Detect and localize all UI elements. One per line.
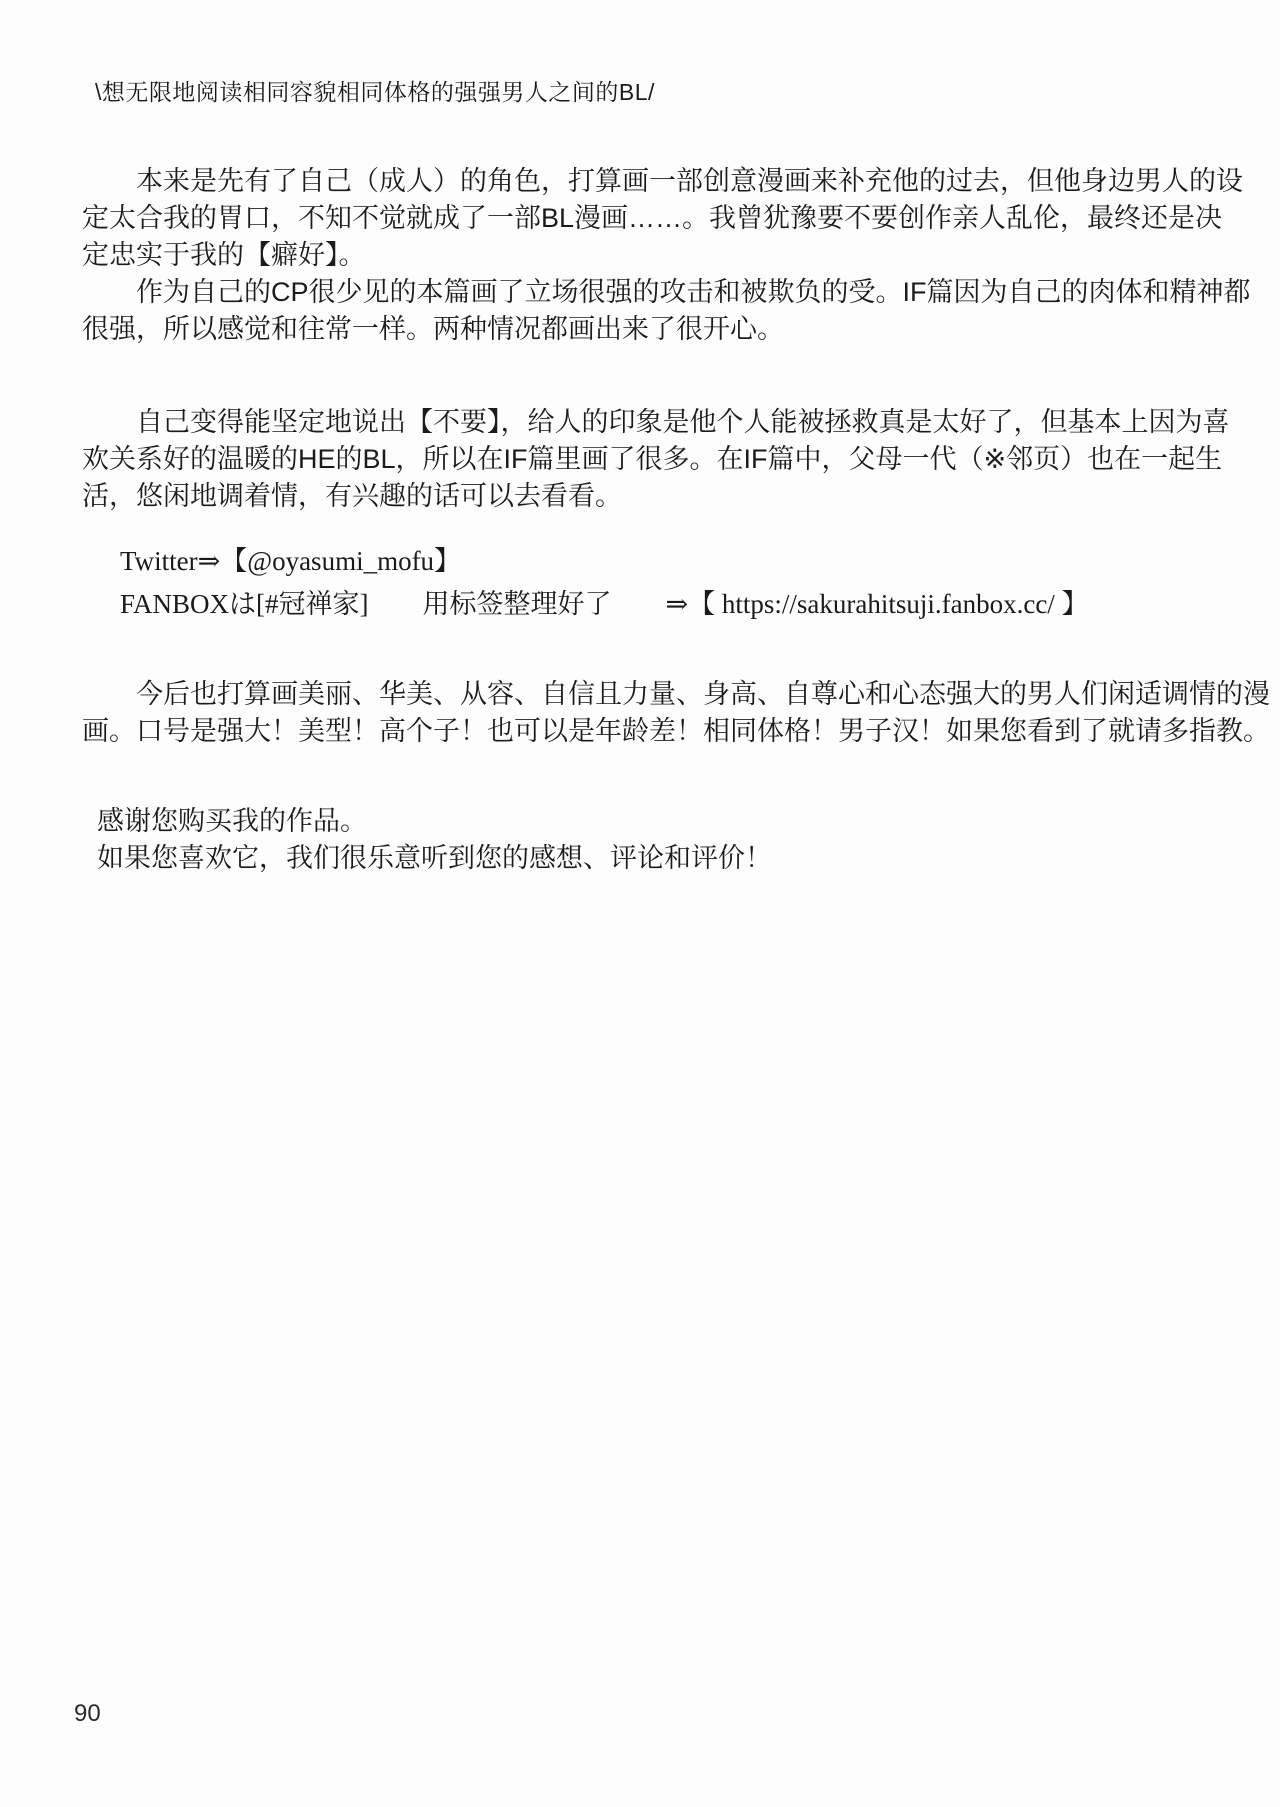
paragraph-future-plans: 今后也打算画美丽、华美、从容、自信且力量、身高、自尊心和心态强大的男人们闲适调情… [82, 676, 1232, 750]
text-line: 如果您喜欢它，我们很乐意听到您的感想、评论和评价！ [97, 840, 1247, 877]
text-line: 画。口号是强大！美型！高个子！也可以是年龄差！相同体格！男子汉！如果您看到了就请… [82, 713, 1232, 750]
author-links: Twitter⇒【@oyasumi_mofu】 FANBOXは[#冠禅家] 用标… [120, 540, 1270, 626]
text-line: 定太合我的胃口，不知不觉就成了一部BL漫画……。我曾犹豫要不要创作亲人乱伦，最终… [82, 200, 1232, 237]
paragraph-thanks: 感谢您购买我的作品。 如果您喜欢它，我们很乐意听到您的感想、评论和评价！ [97, 803, 1247, 877]
paragraph-if-story: 自己变得能坚定地说出【不要】，给人的印象是他个人能被拯救真是太好了，但基本上因为… [82, 404, 1232, 515]
text-line: 活，悠闲地调着情，有兴趣的话可以去看看。 [82, 478, 1232, 515]
text-line: 自己变得能坚定地说出【不要】，给人的印象是他个人能被拯救真是太好了，但基本上因为… [82, 404, 1232, 441]
afterword-page: \想无限地阅读相同容貌相同体格的强强男人之间的BL/ 本来是先有了自己（成人）的… [0, 0, 1280, 1807]
paragraph-origin-story: 本来是先有了自己（成人）的角色，打算画一部创意漫画来补充他的过去，但他身边男人的… [82, 163, 1232, 348]
text-line: 本来是先有了自己（成人）的角色，打算画一部创意漫画来补充他的过去，但他身边男人的… [82, 163, 1232, 200]
text-line: 今后也打算画美丽、华美、从容、自信且力量、身高、自尊心和心态强大的男人们闲适调情… [82, 676, 1232, 713]
fanbox-link-line: FANBOXは[#冠禅家] 用标签整理好了 ⇒【 https://sakurah… [120, 583, 1270, 626]
text-line: 欢关系好的温暖的HE的BL，所以在IF篇里画了很多。在IF篇中，父母一代（※邻页… [82, 441, 1232, 478]
text-line: 作为自己的CP很少见的本篇画了立场很强的攻击和被欺负的受。IF篇因为自己的肉体和… [82, 274, 1232, 311]
text-line: 定忠实于我的【癖好】。 [82, 237, 1232, 274]
text-line: 感谢您购买我的作品。 [97, 803, 1247, 840]
page-number: 90 [74, 1700, 101, 1728]
twitter-link-line: Twitter⇒【@oyasumi_mofu】 [120, 540, 1270, 583]
page-tagline: \想无限地阅读相同容貌相同体格的强强男人之间的BL/ [95, 74, 655, 107]
text-line: 很强，所以感觉和往常一样。两种情况都画出来了很开心。 [82, 311, 1232, 348]
